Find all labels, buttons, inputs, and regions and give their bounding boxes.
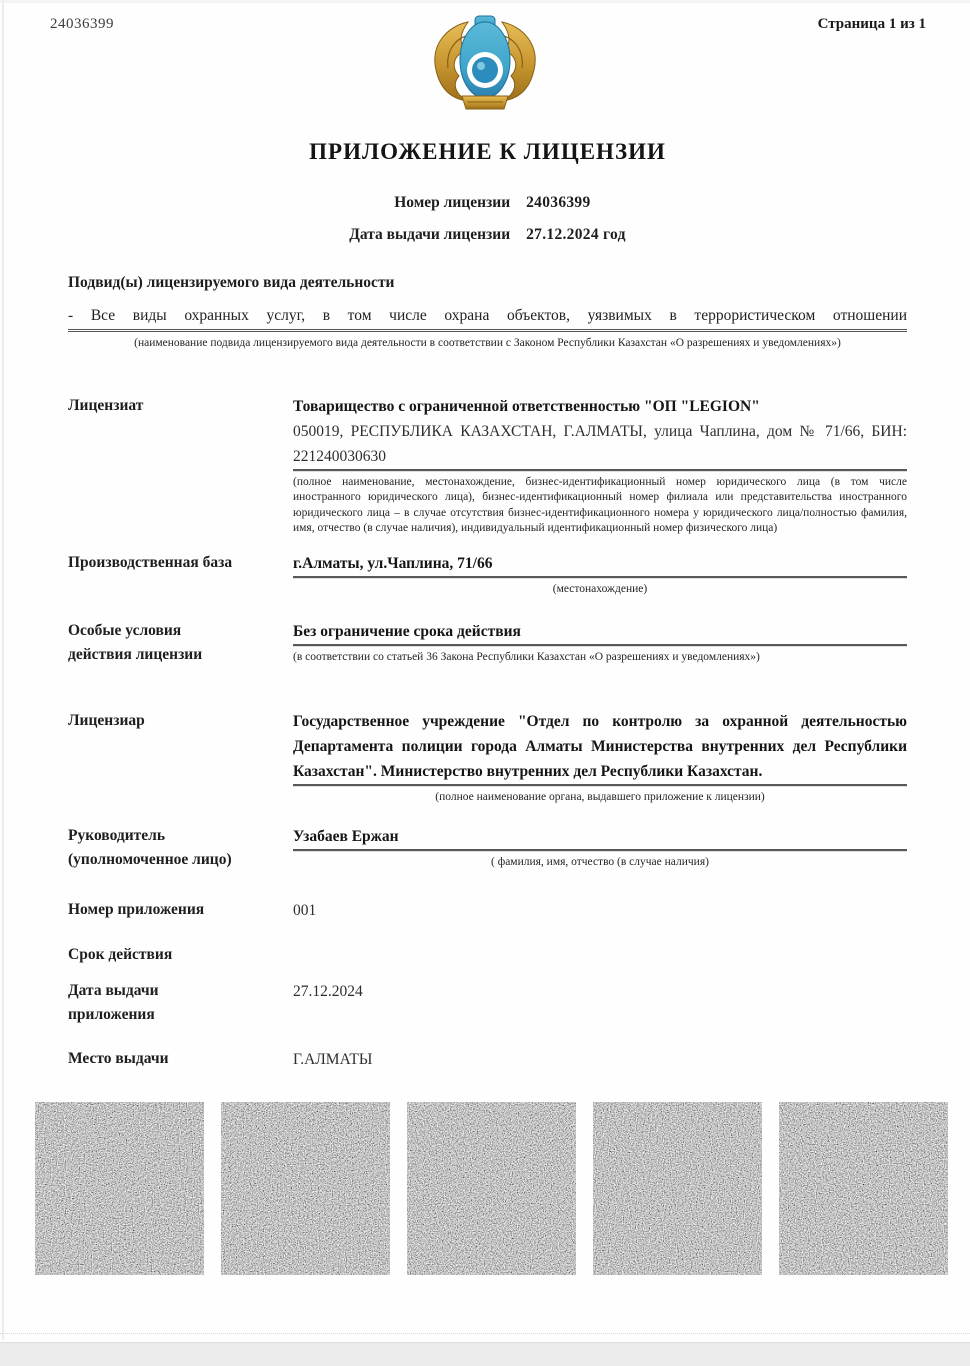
license-number-label: Номер лицензии [349, 194, 510, 212]
field-issue-place: Место выдачи Г.АЛМАТЫ [68, 1047, 907, 1072]
license-appendix-document: 24036399 Страница 1 из 1 ПРИЛОЖЕНИЕ К ЛИ… [0, 0, 970, 1366]
validity-value [293, 943, 907, 967]
scan-edge [0, 0, 970, 3]
licensee-caption: (полное наименование, местонахождение, б… [293, 471, 907, 537]
field-special-conditions: Особые условия действия лицензии Без огр… [68, 619, 907, 667]
field-licensor: Лицензиар Государственное учреждение "От… [68, 709, 907, 806]
production-base-label: Производственная база [68, 551, 293, 598]
appendix-number-label: Номер приложения [68, 898, 293, 923]
subtype-item: - Все виды охранных услуг, в том числе о… [68, 307, 907, 325]
licensor-label: Лицензиар [68, 709, 293, 806]
head-caption: ( фамилия, имя, отчество (в случае налич… [293, 851, 907, 871]
appendix-date-value: 27.12.2024 [293, 979, 907, 1027]
field-appendix-number: Номер приложения 001 [68, 898, 907, 923]
licensee-label: Лицензиат [68, 394, 293, 537]
field-validity: Срок действия [68, 943, 907, 967]
subtype-heading: Подвид(ы) лицензируемого вида деятельнос… [68, 274, 907, 292]
license-number-value: 24036399 [526, 194, 626, 212]
subtype-caption: (наименование подвида лицензируемого вид… [68, 336, 907, 352]
appendix-date-label: Дата выдачи приложения [68, 979, 208, 1027]
stamps-row [35, 1102, 907, 1275]
field-licensee: Лицензиат Товарищество с ограниченной от… [68, 394, 907, 537]
kazakhstan-emblem-icon [420, 12, 550, 118]
stamp-noise-block [593, 1102, 762, 1275]
stamp-noise-block [221, 1102, 390, 1275]
special-conditions-label: Особые условия действия лицензии [68, 619, 238, 667]
field-head: Руководитель (уполномоченное лицо) Узаба… [68, 824, 907, 872]
special-conditions-caption: (в соответствии со статьей 36 Закона Рес… [293, 646, 907, 666]
licensor-value: Государственное учреждение "Отдел по кон… [293, 709, 907, 786]
head-label: Руководитель (уполномоченное лицо) [68, 824, 293, 872]
head-value: Узабаев Ержан [293, 824, 907, 851]
scan-artifact-line [0, 1333, 970, 1334]
doc-number: 24036399 [50, 16, 114, 33]
license-date-label: Дата выдачи лицензии [349, 226, 510, 244]
licensor-caption: (полное наименование органа, выдавшего п… [293, 786, 907, 806]
issue-place-value: Г.АЛМАТЫ [293, 1047, 907, 1072]
special-conditions-value: Без ограничение срока действия [293, 619, 907, 646]
field-production-base: Производственная база г.Алматы, ул.Чапли… [68, 551, 907, 598]
licensee-name: Товарищество с ограниченной ответственно… [293, 394, 907, 419]
page-indicator: Страница 1 из 1 [818, 16, 926, 33]
production-base-caption: (местонахождение) [293, 578, 907, 598]
field-appendix-date: Дата выдачи приложения 27.12.2024 [68, 979, 907, 1027]
stamp-noise-block [779, 1102, 948, 1275]
stamp-noise-block [35, 1102, 204, 1275]
license-date-value: 27.12.2024 год [526, 226, 626, 244]
validity-label: Срок действия [68, 943, 293, 967]
license-meta: Номер лицензии 24036399 Дата выдачи лице… [349, 194, 626, 244]
scan-edge [2, 0, 4, 1340]
stamp-noise-block [407, 1102, 576, 1275]
issue-place-label: Место выдачи [68, 1047, 293, 1072]
doc-title: ПРИЛОЖЕНИЕ К ЛИЦЕНЗИИ [68, 138, 907, 166]
rule [68, 329, 907, 332]
appendix-number-value: 001 [293, 898, 907, 923]
licensee-address: 050019, РЕСПУБЛИКА КАЗАХСТАН, Г.АЛМАТЫ, … [293, 419, 907, 471]
production-base-value: г.Алматы, ул.Чаплина, 71/66 [293, 551, 907, 578]
bottom-strip [0, 1342, 970, 1366]
